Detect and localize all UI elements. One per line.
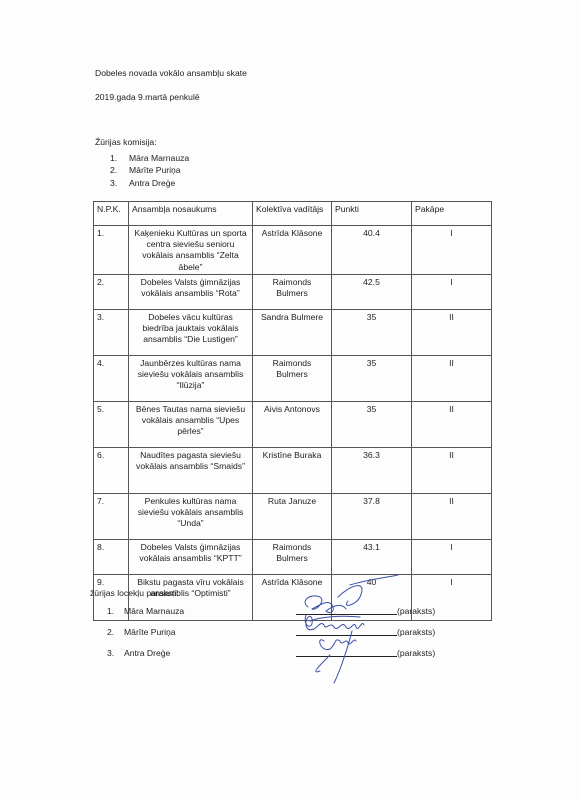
- cell-points: 35: [332, 401, 412, 447]
- cell-points: 37.8: [332, 493, 412, 539]
- table-row: 8.Dobeles Valsts ģimnāzijas vokālais ans…: [94, 539, 492, 574]
- signatory: 2.Mārīte Puriņa: [107, 627, 184, 648]
- cell-leader: Ruta Januze: [253, 493, 332, 539]
- table-header-row: N.P.K. Ansambļa nosaukums Kolektīva vadī…: [94, 202, 492, 226]
- cell-npk: 2.: [94, 274, 129, 309]
- table-row: 4.Jaunbērzes kultūras nama sieviešu vokā…: [94, 355, 492, 401]
- cell-grade: I: [412, 274, 492, 309]
- header-npk: N.P.K.: [94, 202, 129, 226]
- cell-points: 42.5: [332, 274, 412, 309]
- header-grade: Pakāpe: [412, 202, 492, 226]
- signature-caption: (paraksts): [397, 606, 435, 616]
- cell-leader: Astrīda Klāsone: [253, 226, 332, 275]
- cell-grade: II: [412, 401, 492, 447]
- signatures-label: žūrijas locekļu paraksti:: [90, 588, 179, 599]
- cell-ensemble-name: Dobeles Valsts ģimnāzijas vokālais ansam…: [129, 274, 253, 309]
- cell-ensemble-name: Dobeles vācu kultūras biedrība jauktais …: [129, 309, 253, 355]
- cell-npk: 1.: [94, 226, 129, 275]
- cell-ensemble-name: Naudītes pagasta sieviešu vokālais ansam…: [129, 447, 253, 493]
- cell-ensemble-name: Bēnes Tautas nama sieviešu vokālais ansa…: [129, 401, 253, 447]
- jury-label: Žūrijas komisija:: [95, 137, 157, 148]
- cell-ensemble-name: Penkules kultūras nama sieviešu vokālais…: [129, 493, 253, 539]
- jury-member: 3.Antra Dreģe: [110, 177, 189, 189]
- cell-leader: Kristīne Buraka: [253, 447, 332, 493]
- table-row: 3.Dobeles vācu kultūras biedrība jauktai…: [94, 309, 492, 355]
- document-page: Dobeles novada vokālo ansambļu skate 201…: [0, 0, 582, 800]
- list-number: 1.: [107, 606, 124, 617]
- signatory: 3.Antra Dreģe: [107, 648, 184, 669]
- cell-grade: II: [412, 493, 492, 539]
- cell-grade: II: [412, 355, 492, 401]
- table-row: 6.Naudītes pagasta sieviešu vokālais ans…: [94, 447, 492, 493]
- cell-grade: II: [412, 447, 492, 493]
- header-points: Punkti: [332, 202, 412, 226]
- cell-npk: 7.: [94, 493, 129, 539]
- table-row: 7.Penkules kultūras nama sieviešu vokāla…: [94, 493, 492, 539]
- cell-ensemble-name: Kaķenieku Kultūras un sporta centra siev…: [129, 226, 253, 275]
- results-table: N.P.K. Ansambļa nosaukums Kolektīva vadī…: [93, 201, 492, 621]
- jury-member: 2.Mārīte Puriņa: [110, 164, 189, 176]
- jury-member: 1.Māra Marnauza: [110, 152, 189, 164]
- jury-list: 1.Māra Marnauza 2.Mārīte Puriņa 3.Antra …: [110, 152, 189, 189]
- cell-ensemble-name: Dobeles Valsts ģimnāzijas vokālais ansam…: [129, 539, 253, 574]
- cell-points: 35: [332, 355, 412, 401]
- list-number: 3.: [107, 648, 124, 659]
- cell-grade: II: [412, 309, 492, 355]
- signatures-list: 1.Māra Marnauza 2.Mārīte Puriņa 3.Antra …: [107, 606, 184, 669]
- list-number: 2.: [110, 164, 129, 176]
- cell-leader: Aivis Antonovs: [253, 401, 332, 447]
- cell-npk: 4.: [94, 355, 129, 401]
- table-row: 1.Kaķenieku Kultūras un sporta centra si…: [94, 226, 492, 275]
- signatory-name: Antra Dreģe: [124, 648, 170, 658]
- header-ensemble-name: Ansambļa nosaukums: [129, 202, 253, 226]
- cell-points: 40.4: [332, 226, 412, 275]
- header-leader: Kolektīva vadītājs: [253, 202, 332, 226]
- list-number: 3.: [110, 177, 129, 189]
- cell-npk: 8.: [94, 539, 129, 574]
- cell-points: 43.1: [332, 539, 412, 574]
- cell-leader: Raimonds Bulmers: [253, 274, 332, 309]
- document-title: Dobeles novada vokālo ansambļu skate: [95, 68, 247, 79]
- table-row: 5.Bēnes Tautas nama sieviešu vokālais an…: [94, 401, 492, 447]
- jury-member-name: Mārīte Puriņa: [129, 165, 181, 175]
- signatory-name: Māra Marnauza: [124, 606, 184, 616]
- handwritten-signatures-icon: [290, 575, 400, 685]
- cell-points: 35: [332, 309, 412, 355]
- list-number: 1.: [110, 152, 129, 164]
- cell-leader: Sandra Bulmere: [253, 309, 332, 355]
- cell-ensemble-name: Jaunbērzes kultūras nama sieviešu vokāla…: [129, 355, 253, 401]
- signature-caption: (paraksts): [397, 648, 435, 658]
- cell-npk: 6.: [94, 447, 129, 493]
- list-number: 2.: [107, 627, 124, 638]
- jury-member-name: Antra Dreģe: [129, 178, 175, 188]
- cell-leader: Raimonds Bulmers: [253, 355, 332, 401]
- table-row: 2.Dobeles Valsts ģimnāzijas vokālais ans…: [94, 274, 492, 309]
- cell-grade: I: [412, 226, 492, 275]
- signatory-name: Mārīte Puriņa: [124, 627, 176, 637]
- cell-points: 36.3: [332, 447, 412, 493]
- cell-npk: 3.: [94, 309, 129, 355]
- document-date-place: 2019.gada 9.martā penkulē: [95, 92, 200, 103]
- cell-leader: Raimonds Bulmers: [253, 539, 332, 574]
- cell-npk: 5.: [94, 401, 129, 447]
- signatory: 1.Māra Marnauza: [107, 606, 184, 627]
- cell-grade: I: [412, 539, 492, 574]
- jury-member-name: Māra Marnauza: [129, 153, 189, 163]
- signature-caption: (paraksts): [397, 627, 435, 637]
